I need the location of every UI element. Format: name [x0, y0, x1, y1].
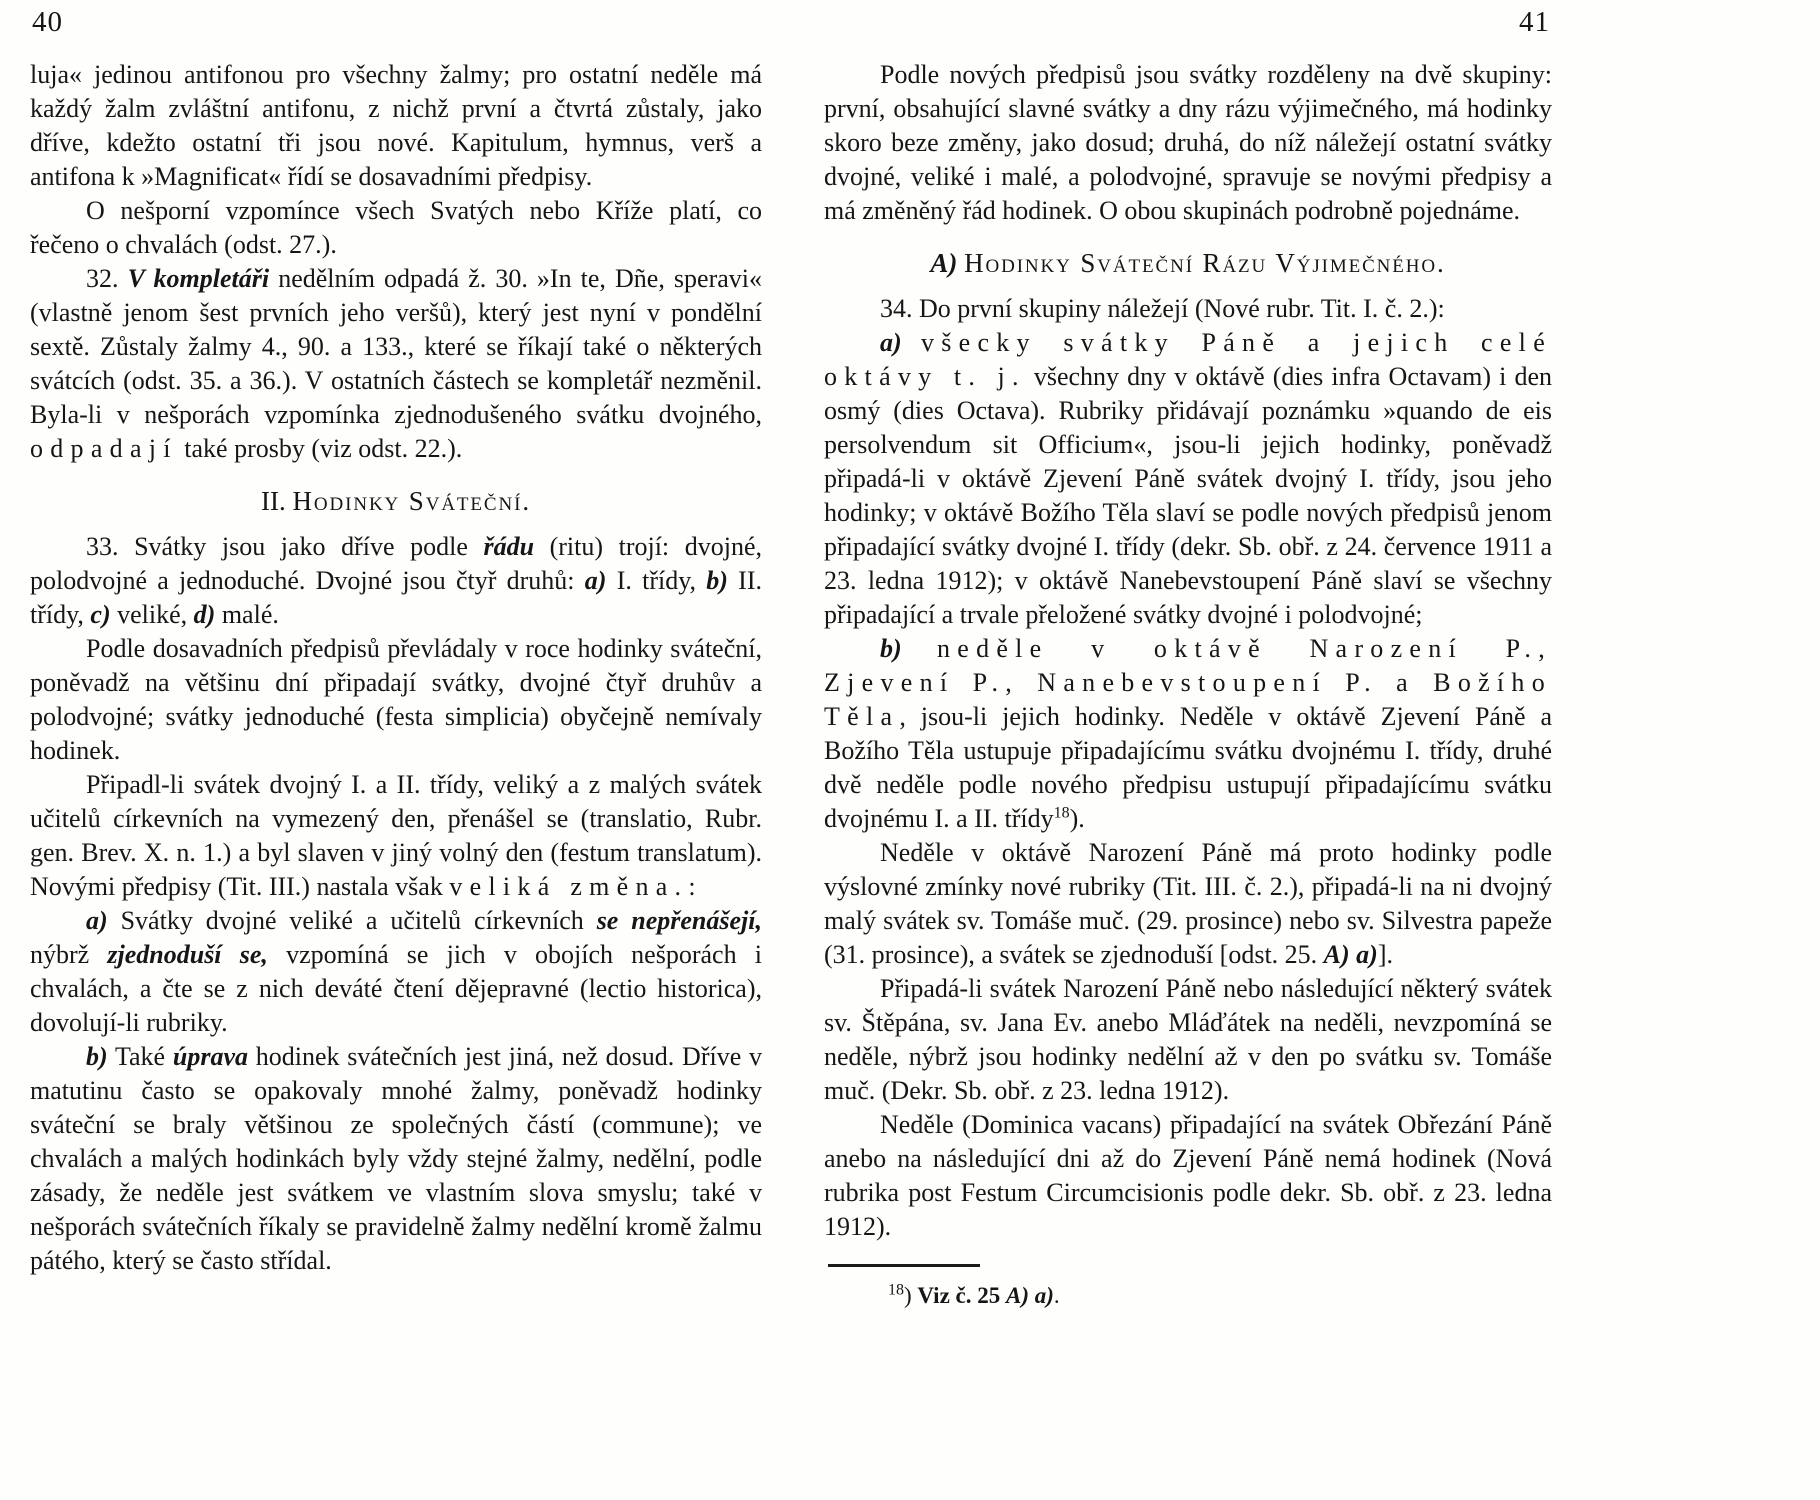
text-run-sc: Hodinky Sváteční Rázu Výjimečného.: [964, 248, 1446, 278]
paragraph: b) neděle v oktávě Narození P., Zjevení …: [824, 632, 1552, 836]
paragraph: Připadl-li svátek dvojný I. a II. třídy,…: [30, 768, 762, 904]
paragraph: 34. Do první skupiny náležejí (Nové rubr…: [824, 292, 1552, 326]
page-40-text-column: luja« jedinou antifonou pro všechny žalm…: [30, 58, 762, 1278]
paragraph: Podle nových předpisů jsou svátky rozděl…: [824, 58, 1552, 228]
text-run-sp: odpadají: [30, 434, 178, 463]
paragraph: Neděle (Dominica vacans) připadající na …: [824, 1108, 1552, 1244]
paragraph: Podle dosavadních předpisů převládaly v …: [30, 632, 762, 768]
section-heading: A) Hodinky Sváteční Rázu Výjimečného.: [824, 246, 1552, 280]
page-41-text-column: Podle nových předpisů jsou svátky rozděl…: [824, 58, 1552, 1311]
text-run-b: Viz č. 25: [917, 1283, 1006, 1308]
text-run-bi: d): [194, 600, 216, 629]
text-run-bi: A) a): [1006, 1283, 1054, 1308]
page-41: 41 Podle nových předpisů jsou svátky roz…: [824, 6, 1552, 1486]
text-run-sc: Hodinky Sváteční.: [293, 486, 531, 516]
text-run-bi: úprava: [173, 1042, 248, 1071]
paragraph: b) Také úprava hodinek svátečních jest j…: [30, 1040, 762, 1278]
text-run-sp: všecky svátky Páně a jejich celé oktávy …: [824, 328, 1552, 391]
text-run-bi: c): [90, 600, 110, 629]
paragraph: Neděle v oktávě Narození Páně má proto h…: [824, 836, 1552, 972]
page-number-right: 41: [1519, 6, 1550, 39]
text-run-bi: a): [86, 906, 108, 935]
paragraph: 32. V kompletáři nedělním odpadá ž. 30. …: [30, 262, 762, 466]
text-run-bi: V kompletáři: [128, 264, 270, 293]
text-run-bi: b): [706, 566, 728, 595]
section-heading: II. Hodinky Sváteční.: [30, 484, 762, 518]
paragraph: a) Svátky dvojné veliké a učitelů církev…: [30, 904, 762, 1040]
page-40: 40 luja« jedinou antifonou pro všechny ž…: [30, 6, 762, 1486]
paragraph: Připadá-li svátek Narození Páně nebo nás…: [824, 972, 1552, 1108]
text-run-bi: A) a): [1324, 940, 1378, 969]
page-number-left: 40: [32, 6, 63, 39]
text-run-bi: řádu: [483, 532, 534, 561]
footnote-marker: 18: [888, 1281, 904, 1298]
text-run-sp: neděle v oktávě Narození P., Zjevení P.,…: [824, 634, 1552, 731]
text-run-bi: a): [880, 328, 902, 357]
text-run-bi: b): [86, 1042, 108, 1071]
paragraph: luja« jedinou antifonou pro všechny žalm…: [30, 58, 762, 194]
paragraph: O nešporní vzpomínce všech Svatých nebo …: [30, 194, 762, 262]
footnote-marker: 18: [1054, 804, 1070, 821]
text-run-bi: se nepřenášejí,: [597, 906, 762, 935]
footnote-text: 18) Viz č. 25 A) a).: [824, 1281, 1552, 1311]
text-run-sp: veliká změna.:: [449, 872, 703, 901]
text-run-bi: a): [585, 566, 607, 595]
paragraph: 33. Svátky jsou jako dříve podle řádu (r…: [30, 530, 762, 632]
book-spread: 40 luja« jedinou antifonou pro všechny ž…: [0, 0, 1820, 1500]
paragraph: a) všecky svátky Páně a jejich celé oktá…: [824, 326, 1552, 632]
text-run-bi: zjednoduší se,: [107, 940, 268, 969]
footnote-rule: [828, 1264, 980, 1267]
text-run-bi: A): [930, 248, 964, 278]
text-run-bi: b): [880, 634, 902, 663]
